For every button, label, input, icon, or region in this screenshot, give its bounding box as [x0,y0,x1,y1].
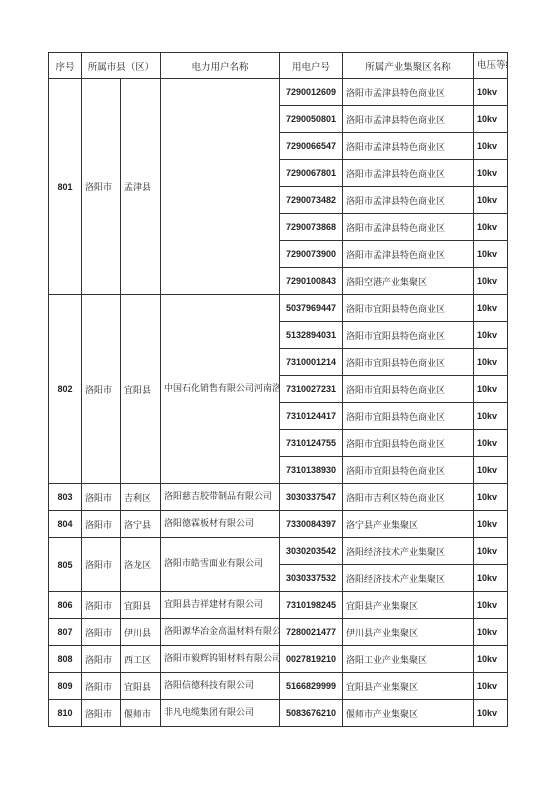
company-cell: 洛阳信德科技有限公司 [161,673,280,700]
company-cell: 洛阳慈吉胶带制品有限公司 [161,484,280,511]
account-cell: 7310001214 [280,349,343,376]
voltage-cell: 10kv [474,349,508,376]
account-cell: 7280021477 [280,619,343,646]
table-row: 802洛阳市宜阳县中国石化销售有限公司河南洛阳宜阳石油分公司5037969447… [49,295,508,322]
voltage-cell: 10kv [474,673,508,700]
account-cell: 5166829999 [280,673,343,700]
account-cell: 5037969447 [280,295,343,322]
county-cell: 洛龙区 [121,538,161,592]
seq-cell: 803 [49,484,82,511]
county-cell: 伊川县 [121,619,161,646]
company-cell: 洛阳市皓雪面业有限公司 [161,538,280,592]
city-cell: 洛阳市 [82,79,121,295]
header-seq: 序号 [49,53,82,79]
header-company: 电力用户名称 [161,53,280,79]
county-cell: 宜阳县 [121,592,161,619]
city-cell: 洛阳市 [82,673,121,700]
voltage-cell: 10kv [474,295,508,322]
voltage-cell: 10kv [474,268,508,295]
zone-cell: 洛阳经济技术产业集聚区 [343,565,474,592]
voltage-cell: 10kv [474,457,508,484]
table-row: 804洛阳市洛宁县洛阳德霖板材有限公司7330084397洛宁县产业集聚区10k… [49,511,508,538]
zone-cell: 洛阳市吉利区特色商业区 [343,484,474,511]
zone-cell: 洛阳市孟津县特色商业区 [343,106,474,133]
company-cell: 非凡电缆集团有限公司 [161,700,280,727]
account-cell: 7310124417 [280,403,343,430]
account-cell: 3030337547 [280,484,343,511]
voltage-cell: 10kv [474,484,508,511]
zone-cell: 洛阳工业产业集聚区 [343,646,474,673]
table-row: 806洛阳市宜阳县宜阳县吉祥建材有限公司7310198245宜阳县产业集聚区10… [49,592,508,619]
county-cell: 西工区 [121,646,161,673]
city-cell: 洛阳市 [82,484,121,511]
voltage-cell: 10kv [474,106,508,133]
seq-cell: 808 [49,646,82,673]
header-row: 序号 所属市县（区） 电力用户名称 用电户号 所属产业集聚区名称 电压等级 [49,53,508,79]
city-cell: 洛阳市 [82,646,121,673]
account-cell: 0027819210 [280,646,343,673]
voltage-cell: 10kv [474,619,508,646]
company-cell: 洛阳德霖板材有限公司 [161,511,280,538]
county-cell: 吉利区 [121,484,161,511]
zone-cell: 洛阳市宜阳县特色商业区 [343,403,474,430]
zone-cell: 洛阳市宜阳县特色商业区 [343,376,474,403]
zone-cell: 宜阳县产业集聚区 [343,592,474,619]
voltage-cell: 10kv [474,592,508,619]
city-cell: 洛阳市 [82,511,121,538]
voltage-cell: 10kv [474,79,508,106]
company-cell: 中国石化销售有限公司河南洛阳宜阳石油分公司 [161,295,280,484]
voltage-cell: 10kv [474,430,508,457]
seq-cell: 801 [49,79,82,295]
city-cell: 洛阳市 [82,538,121,592]
voltage-cell: 10kv [474,511,508,538]
zone-cell: 洛阳市孟津县特色商业区 [343,133,474,160]
company-cell: 洛阳源华冶金高温材料有限公司 [161,619,280,646]
zone-cell: 洛阳市宜阳县特色商业区 [343,457,474,484]
city-cell: 洛阳市 [82,619,121,646]
voltage-cell: 10kv [474,214,508,241]
seq-cell: 806 [49,592,82,619]
enterprise-table: 序号 所属市县（区） 电力用户名称 用电户号 所属产业集聚区名称 电压等级 80… [48,52,508,727]
voltage-cell: 10kv [474,403,508,430]
county-cell: 洛宁县 [121,511,161,538]
table-row: 801洛阳市孟津县7290012609洛阳市孟津县特色商业区10kv [49,79,508,106]
voltage-cell: 10kv [474,700,508,727]
zone-cell: 洛阳市宜阳县特色商业区 [343,322,474,349]
account-cell: 7290050801 [280,106,343,133]
account-cell: 7330084397 [280,511,343,538]
company-cell: 宜阳县吉祥建材有限公司 [161,592,280,619]
zone-cell: 洛阳市孟津县特色商业区 [343,79,474,106]
table-row: 807洛阳市伊川县洛阳源华冶金高温材料有限公司7280021477伊川县产业集聚… [49,619,508,646]
account-cell: 3030203542 [280,538,343,565]
zone-cell: 洛阳市宜阳县特色商业区 [343,349,474,376]
county-cell: 偃师市 [121,700,161,727]
seq-cell: 810 [49,700,82,727]
account-cell: 7290073482 [280,187,343,214]
header-region: 所属市县（区） [82,53,161,79]
header-zone: 所属产业集聚区名称 [343,53,474,79]
county-cell: 宜阳县 [121,673,161,700]
account-cell: 7290066547 [280,133,343,160]
account-cell: 7310027231 [280,376,343,403]
table-row: 805洛阳市洛龙区洛阳市皓雪面业有限公司3030203542洛阳经济技术产业集聚… [49,538,508,565]
account-cell: 7310198245 [280,592,343,619]
seq-cell: 804 [49,511,82,538]
table-row: 810洛阳市偃师市非凡电缆集团有限公司5083676210偃师市产业集聚区10k… [49,700,508,727]
account-cell: 5083676210 [280,700,343,727]
county-cell: 孟津县 [121,79,161,295]
zone-cell: 洛阳经济技术产业集聚区 [343,538,474,565]
city-cell: 洛阳市 [82,700,121,727]
zone-cell: 伊川县产业集聚区 [343,619,474,646]
city-cell: 洛阳市 [82,295,121,484]
voltage-cell: 10kv [474,160,508,187]
zone-cell: 洛阳空港产业集聚区 [343,268,474,295]
zone-cell: 洛阳市宜阳县特色商业区 [343,430,474,457]
voltage-cell: 10kv [474,538,508,565]
zone-cell: 洛阳市孟津县特色商业区 [343,214,474,241]
seq-cell: 807 [49,619,82,646]
voltage-cell: 10kv [474,376,508,403]
company-cell [161,79,280,295]
header-account: 用电户号 [280,53,343,79]
account-cell: 7290073868 [280,214,343,241]
voltage-cell: 10kv [474,241,508,268]
zone-cell: 洛阳市孟津县特色商业区 [343,241,474,268]
table-row: 803洛阳市吉利区洛阳慈吉胶带制品有限公司3030337547洛阳市吉利区特色商… [49,484,508,511]
header-voltage: 电压等级 [474,53,508,79]
seq-cell: 809 [49,673,82,700]
account-cell: 7290067801 [280,160,343,187]
account-cell: 7290012609 [280,79,343,106]
voltage-cell: 10kv [474,565,508,592]
account-cell: 7310124755 [280,430,343,457]
zone-cell: 宜阳县产业集聚区 [343,673,474,700]
voltage-cell: 10kv [474,133,508,160]
table-body: 801洛阳市孟津县7290012609洛阳市孟津县特色商业区10kv729005… [49,79,508,727]
seq-cell: 805 [49,538,82,592]
account-cell: 7290100843 [280,268,343,295]
voltage-cell: 10kv [474,322,508,349]
county-cell: 宜阳县 [121,295,161,484]
company-cell: 洛阳市毅辉钨钼材料有限公司 [161,646,280,673]
table-row: 809洛阳市宜阳县洛阳信德科技有限公司5166829999宜阳县产业集聚区10k… [49,673,508,700]
city-cell: 洛阳市 [82,592,121,619]
account-cell: 7310138930 [280,457,343,484]
seq-cell: 802 [49,295,82,484]
voltage-cell: 10kv [474,187,508,214]
zone-cell: 洛阳市宜阳县特色商业区 [343,295,474,322]
zone-cell: 洛阳市孟津县特色商业区 [343,187,474,214]
account-cell: 7290073900 [280,241,343,268]
zone-cell: 洛宁县产业集聚区 [343,511,474,538]
voltage-cell: 10kv [474,646,508,673]
account-cell: 5132894031 [280,322,343,349]
zone-cell: 偃师市产业集聚区 [343,700,474,727]
table-row: 808洛阳市西工区洛阳市毅辉钨钼材料有限公司0027819210洛阳工业产业集聚… [49,646,508,673]
account-cell: 3030337532 [280,565,343,592]
zone-cell: 洛阳市孟津县特色商业区 [343,160,474,187]
